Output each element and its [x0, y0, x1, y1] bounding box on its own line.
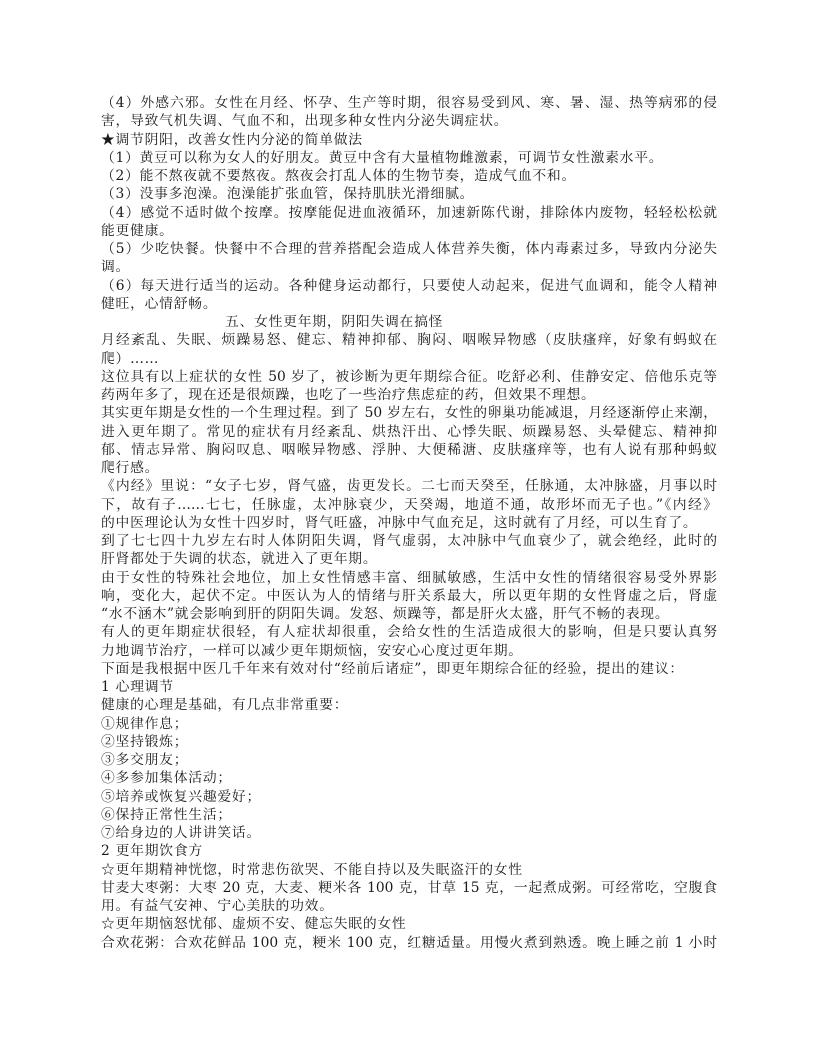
text-line: 有人的更年期症状很轻，有人症状却很重，会给女性的生活造成很大的影响，但是只要认真… — [101, 623, 717, 641]
text-line: 下，故有子……七七，任脉虚，太冲脉衰少，天癸竭，地道不通，故形坏而无子也。”《内… — [101, 496, 717, 514]
text-line: 进入更年期了。常见的症状有月经紊乱、烘热汗出、心悸失眠、烦躁易怒、头晕健忘、精神… — [101, 423, 717, 441]
text-line: 《内经》里说：“女子七岁，肾气盛，齿更发长。二七而天癸至，任脉通，太冲脉盛，月事… — [101, 477, 717, 495]
text-line: ★调节阴阳，改善女性内分泌的简单做法 — [101, 131, 717, 149]
text-line: 由于女性的特殊社会地位，加上女性情感丰富、细腻敏感，生活中女性的情绪很容易受外界… — [101, 569, 717, 587]
text-line: ③多交朋友； — [101, 751, 717, 769]
text-line: （2）能不熬夜就不要熬夜。熬夜会打乱人体的生物节奏，造成气血不和。 — [101, 167, 717, 185]
text-line: （4）外感六邪。女性在月经、怀孕、生产等时期，很容易受到风、寒、暑、湿、热等病邪… — [101, 94, 717, 112]
text-line: 合欢花粥：合欢花鲜品 100 克，粳米 100 克，红糖适量。用慢火煮到熟透。晚… — [101, 934, 717, 952]
text-line: 爬行感。 — [101, 459, 717, 477]
text-line: 1 心理调节 — [101, 678, 717, 696]
text-line: 这位具有以上症状的女性 50 岁了，被诊断为更年期综合征。吃舒必利、佳静安定、倍… — [101, 368, 717, 386]
text-line: ①规律作息； — [101, 715, 717, 733]
text-line: 到了七七四十九岁左右时人体阴阳失调，肾气虚弱，太冲脉中气血衰少了，就会绝经，此时… — [101, 532, 717, 550]
text-line: 郁、情志异常、胸闷叹息、咽喉异物感、浮肿、大便稀溏、皮肤瘙痒等，也有人说有那种蚂… — [101, 441, 717, 459]
text-line: 2 更年期饮食方 — [101, 842, 717, 860]
text-line: （6）每天进行适当的运动。各种健身运动都行，只要使人动起来，促进气血调和，能令人… — [101, 277, 717, 295]
text-line: 力地调节治疗，一样可以减少更年期烦恼，安安心心度过更年期。 — [101, 642, 717, 660]
text-line: ⑥保持正常性生活； — [101, 806, 717, 824]
text-line: 肝肾都处于失调的状态，就进入了更年期。 — [101, 550, 717, 568]
text-line: ☆更年期恼怒忧郁、虚烦不安、健忘失眠的女性 — [101, 915, 717, 933]
text-line: （3）没事多泡澡。泡澡能扩张血管，保持肌肤光滑细腻。 — [101, 185, 717, 203]
text-line: 能更健康。 — [101, 222, 717, 240]
text-line: 其实更年期是女性的一个生理过程。到了 50 岁左右，女性的卵巢功能减退，月经逐渐… — [101, 404, 717, 422]
text-line: ⑤培养或恢复兴趣爱好； — [101, 788, 717, 806]
text-line: ☆更年期精神恍惚，时常悲伤欲哭、不能自持以及失眠盗汗的女性 — [101, 861, 717, 879]
text-line: 响，变化大，起伏不定。中医认为人的情绪与肝关系最大，所以更年期的女性肾虚之后，肾… — [101, 587, 717, 605]
text-line: 月经紊乱、失眠、烦躁易怒、健忘、精神抑郁、胸闷、咽喉异物感（皮肤瘙痒，好象有蚂蚁… — [101, 331, 717, 349]
text-line: 的中医理论认为女性十四岁时，肾气旺盛，冲脉中气血充足，这时就有了月经，可以生育了… — [101, 514, 717, 532]
section-heading: 五、女性更年期，阴阳失调在搞怪 — [101, 313, 717, 331]
document-page: （4）外感六邪。女性在月经、怀孕、生产等时期，很容易受到风、寒、暑、湿、热等病邪… — [0, 0, 816, 1056]
text-line: 下面是我根据中医几千年来有效对付“经前后诸症”，即更年期综合征的经验，提出的建议… — [101, 660, 717, 678]
text-line: 调。 — [101, 258, 717, 276]
document-body: （4）外感六邪。女性在月经、怀孕、生产等时期，很容易受到风、寒、暑、湿、热等病邪… — [101, 94, 717, 952]
text-line: “水不涵木”就会影响到肝的阴阳失调。发怒、烦躁等，都是肝火太盛，肝气不畅的表现。 — [101, 605, 717, 623]
text-line: 健旺，心情舒畅。 — [101, 295, 717, 313]
text-line: 健康的心理是基础，有几点非常重要： — [101, 696, 717, 714]
text-line: 药两年多了，现在还是很烦躁，也吃了一些治疗焦虑症的药，但效果不理想。 — [101, 386, 717, 404]
text-line: 用。有益气安神、宁心美肤的功效。 — [101, 897, 717, 915]
text-line: 甘麦大枣粥：大枣 20 克，大麦、粳米各 100 克，甘草 15 克，一起煮成粥… — [101, 879, 717, 897]
text-line: 害，导致气机失调、气血不和，出现多种女性内分泌失调症状。 — [101, 112, 717, 130]
text-line: ④多参加集体活动； — [101, 769, 717, 787]
text-line: （4）感觉不适时做个按摩。按摩能促进血液循环，加速新陈代谢，排除体内废物，轻轻松… — [101, 204, 717, 222]
text-line: ②坚持锻炼； — [101, 733, 717, 751]
text-line: （5）少吃快餐。快餐中不合理的营养搭配会造成人体营养失衡，体内毒素过多，导致内分… — [101, 240, 717, 258]
text-line: ⑦给身边的人讲讲笑话。 — [101, 824, 717, 842]
text-line: （1）黄豆可以称为女人的好朋友。黄豆中含有大量植物雌激素，可调节女性激素水平。 — [101, 149, 717, 167]
text-line: 爬）…… — [101, 350, 717, 368]
